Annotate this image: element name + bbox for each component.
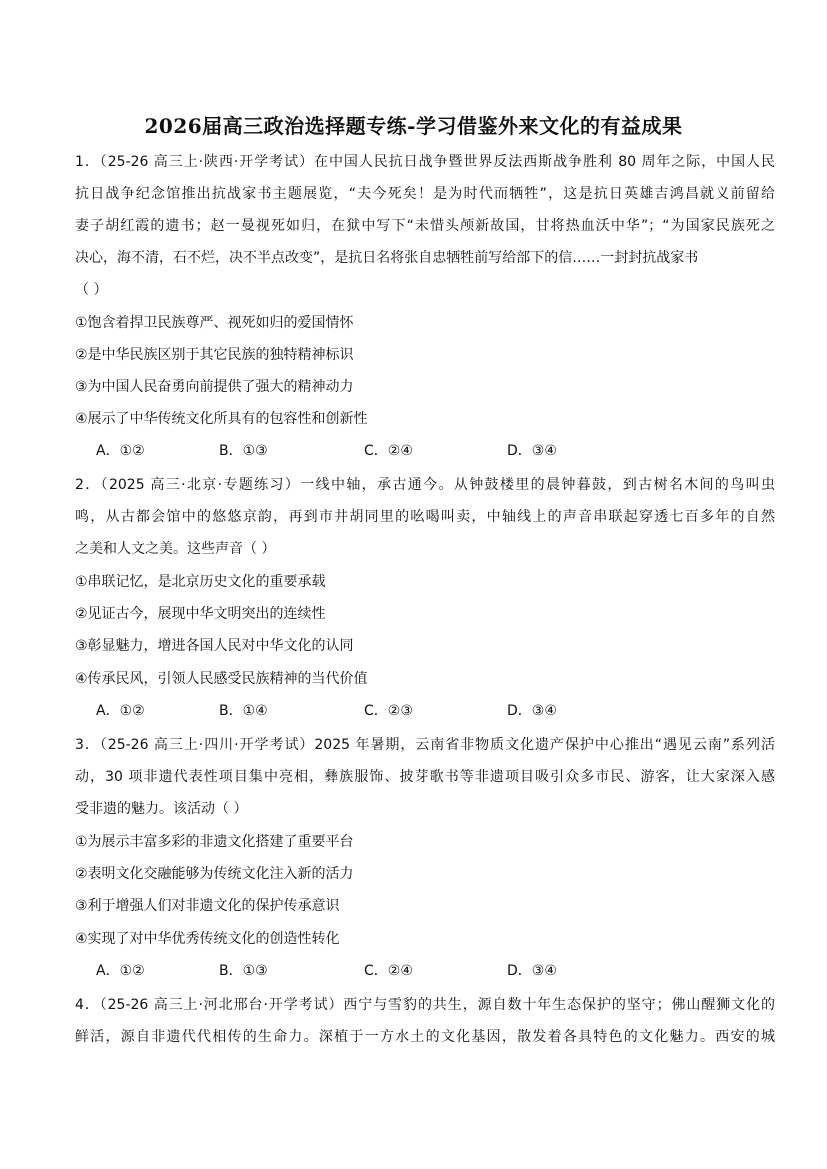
statement: ②表明文化交融能够为传统文化注入新的活力: [75, 864, 775, 884]
statement: ①饱含着捍卫民族尊严、视死如归的爱国情怀: [75, 313, 775, 333]
option-c[interactable]: C．②③: [364, 701, 413, 721]
option-d[interactable]: D．③④: [507, 961, 557, 981]
question-stem-line: 鲜活，源自非遗代代相传的生命力。深植于一方水土的文化基因，散发着各具特色的文化魅…: [75, 1027, 775, 1047]
statement: ④传承民风，引领人民感受民族精神的当代价值: [75, 669, 775, 689]
statement: ②见证古今，展现中华文明突出的连续性: [75, 604, 775, 624]
option-a[interactable]: A．①②: [96, 441, 145, 461]
option-b[interactable]: B．①④: [219, 701, 268, 721]
document-title: 2026届高三政治选择题专练-学习借鉴外来文化的有益成果: [0, 110, 827, 139]
option-d[interactable]: D．③④: [507, 441, 557, 461]
option-c[interactable]: C．②④: [364, 961, 413, 981]
option-b[interactable]: B．①③: [219, 961, 268, 981]
statement: ④实现了对中华优秀传统文化的创造性转化: [75, 929, 775, 949]
option-c[interactable]: C．②④: [364, 441, 413, 461]
question-stem-line: 4．（25-26 高三上·河北邢台·开学考试）西宁与雪豹的共生，源自数十年生态保…: [75, 995, 775, 1015]
statement: ③为中国人民奋勇向前提供了强大的精神动力: [75, 377, 775, 397]
statement: ④展示了中华传统文化所具有的包容性和创新性: [75, 409, 775, 429]
question-stem-line: 1．（25-26 高三上·陕西·开学考试）在中国人民抗日战争暨世界反法西斯战争胜…: [75, 152, 775, 172]
question-stem-line: 决心，海不清，石不烂，决不半点改变”，是抗日名将张自忠牺牲前写给部下的信……一封…: [75, 248, 775, 268]
statement: ③利于增强人们对非遗文化的保护传承意识: [75, 896, 775, 916]
option-a[interactable]: A．①②: [96, 961, 145, 981]
statement: ①串联记忆，是北京历史文化的重要承载: [75, 572, 775, 592]
answer-blank: （ ）: [75, 280, 775, 300]
question-stem-line: 妻子胡红霞的遗书；赵一曼视死如归，在狱中写下“未惜头颅新故国，甘将热血沃中华”；…: [75, 216, 775, 236]
option-b[interactable]: B．①③: [219, 441, 268, 461]
question-stem-line: 3．（25-26 高三上·四川·开学考试）2025 年暑期，云南省非物质文化遗产…: [75, 735, 775, 755]
question-stem-line: 2．（2025 高三·北京·专题练习）一线中轴，承古通今。从钟鼓楼里的晨钟暮鼓，…: [75, 475, 775, 495]
statement: ②是中华民族区别于其它民族的独特精神标识: [75, 345, 775, 365]
question-stem-line: 之美和人文之美。这些声音（ ）: [75, 539, 775, 559]
document-page: 2026届高三政治选择题专练-学习借鉴外来文化的有益成果 1．（25-26 高三…: [0, 0, 827, 1169]
option-d[interactable]: D．③④: [507, 701, 557, 721]
option-a[interactable]: A．①②: [96, 701, 145, 721]
question-stem-line: 受非遗的魅力。该活动（ ）: [75, 799, 775, 819]
question-stem-line: 动，30 项非遗代表性项目集中亮相，彝族服饰、披芽歌书等非遗项目吸引众多市民、游…: [75, 767, 775, 787]
statement: ③彰显魅力，增进各国人民对中华文化的认同: [75, 636, 775, 656]
statement: ①为展示丰富多彩的非遗文化搭建了重要平台: [75, 832, 775, 852]
question-stem-line: 抗日战争纪念馆推出抗战家书主题展览，“夫今死矣！是为时代而牺牲”，这是抗日英雄吉…: [75, 184, 775, 204]
question-stem-line: 鸣，从古都会馆中的悠悠京韵，再到市井胡同里的吆喝叫卖，中轴线上的声音串联起穿透七…: [75, 507, 775, 527]
